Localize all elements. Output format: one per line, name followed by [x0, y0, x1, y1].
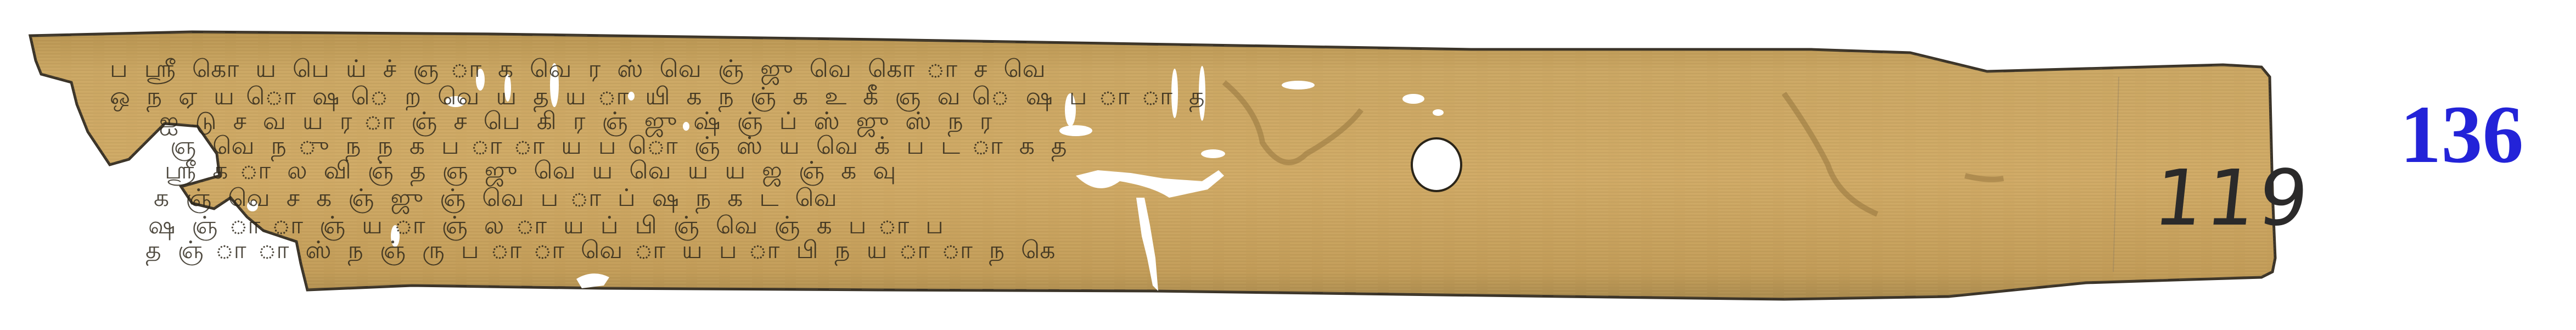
handwritten-folio-number: 119	[2150, 154, 2315, 243]
manuscript-line-5: ஸ்ரீ க ா ல வி ஞ் த ஞ ஜு வெ ய வெ ய ய ஜ ஞ்…	[165, 156, 900, 188]
palm-leaf-manuscript: ப ஸ்ரீ கொ ய பெ ய் ச் ஞ ா க வெ ர ஸ் வெ ஞ்…	[0, 0, 2576, 330]
manuscript-line-1: ப ஸ்ரீ கொ ய பெ ய் ச் ஞ ா க வெ ர ஸ் வெ ஞ்…	[110, 55, 1050, 86]
page-number: 136	[2379, 93, 2544, 176]
manuscript-line-8: த ஞ் ா ா ஸ் ந ஞ் ரு ப ா ா வெ ா ய ப ா பி …	[145, 236, 1059, 267]
manuscript-line-6: க ஞ் வெ ச க ஞ் ஜு ஞ் வெ ப ா ப் ஷ ந க ட வ…	[154, 184, 841, 215]
binding-hole	[1412, 138, 1461, 191]
